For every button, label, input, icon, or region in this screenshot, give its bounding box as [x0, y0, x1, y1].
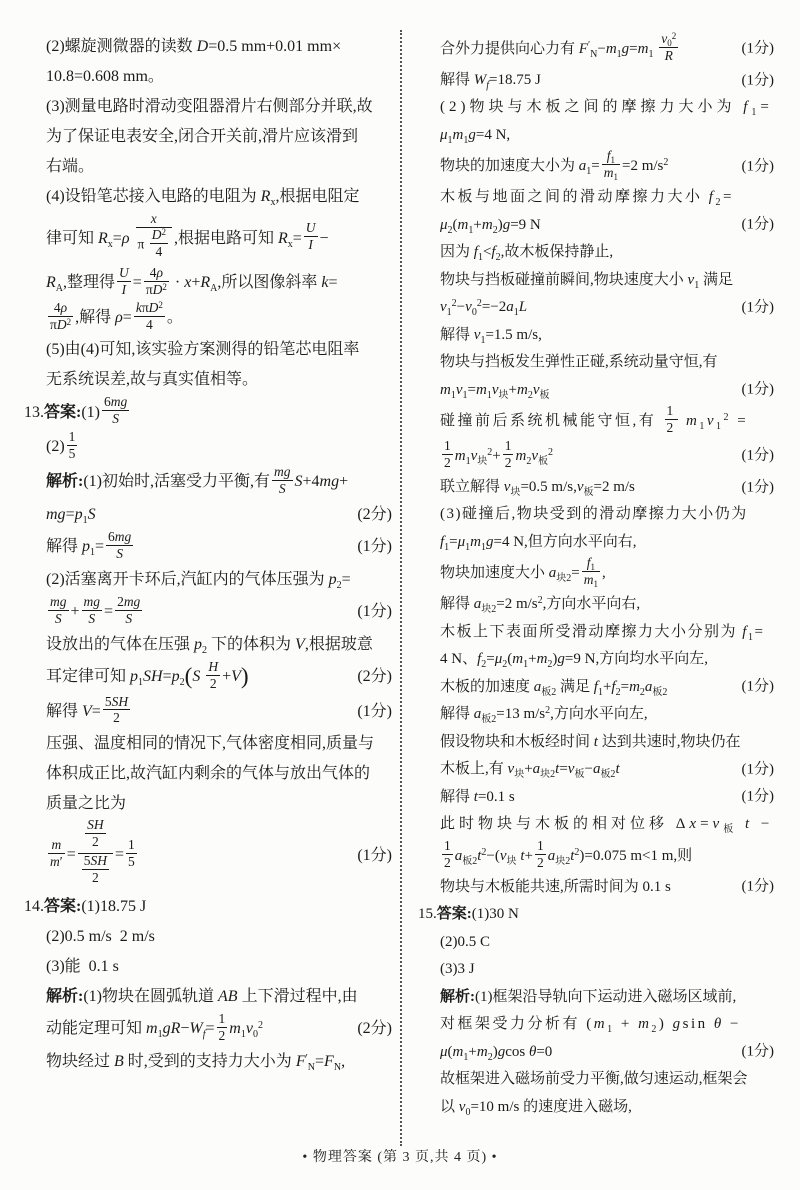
line-content: 10.8=0.608 mm。	[46, 68, 164, 85]
line-content: 解得 V=5SH2	[46, 703, 132, 720]
text-line: 物块与木板能共速,所需时间为 0.1 s(1分)	[440, 874, 774, 902]
score-label: (1分)	[742, 474, 775, 502]
text-line: 对框架受力分析有 (m1 + m2) gsin θ −	[440, 1011, 774, 1039]
line-content: 14.答案:(1)18.75 J	[24, 898, 146, 915]
text-line: 假设物块和木板经时间 t 达到共速时,物块仍在	[440, 729, 774, 757]
text-line: 解得 t=0.1 s(1分)	[440, 784, 774, 812]
line-content: 物块与木板能共速,所需时间为 0.1 s	[440, 879, 671, 895]
text-line: 动能定理可知 m1gR−Wf=12m1v02(2分)	[46, 1012, 392, 1047]
score-label: (1分)	[357, 841, 392, 871]
text-line: mm′=SH25SH2=15(1分)	[46, 819, 392, 892]
line-content: μ2(m1+m2)g=9 N	[440, 217, 541, 233]
line-content: μ(m1+m2)gcos θ=0	[440, 1044, 552, 1060]
text-line: 右端。	[46, 152, 392, 182]
text-line: 木板的加速度 a板2 满足 f1+f2=m2a板2(1分)	[440, 674, 774, 702]
text-line: RA,整理得UI=4ρπD2 · x+RA,所以图像斜率 k=	[46, 266, 392, 301]
line-content: 因为 f1<f2,故木板保持静止,	[440, 244, 613, 260]
line-content: (3)3 J	[440, 961, 475, 977]
line-content: (2)0.5 C	[440, 934, 490, 950]
text-line: (2)0.5 m/s 2 m/s	[46, 922, 392, 952]
text-line: mgS+mgS=2mgS(1分)	[46, 595, 392, 630]
line-content: 木板与地面之间的滑动摩擦力大小 f2=	[440, 189, 734, 205]
line-content: 律可知 Rx=ρ xπ D24,根据电路可知 Rx=UI−	[46, 230, 329, 247]
text-line: 物块与挡板发生弹性正碰,系统动量守恒,有	[440, 349, 774, 377]
text-line: 解得 Wf=18.75 J(1分)	[440, 67, 774, 95]
text-line: 此时物块与木板的相对位移 Δx=v板 t −	[440, 811, 774, 839]
line-content: 为了保证电表安全,闭合开关前,滑片应该滑到	[46, 128, 358, 145]
text-line: 碰撞前后系统机械能守恒,有 12 m1v12 =	[440, 404, 774, 439]
line-content: 木板的加速度 a板2 满足 f1+f2=m2a板2	[440, 679, 667, 695]
text-line: 联立解得 v块=0.5 m/s,v板=2 m/s(1分)	[440, 474, 774, 502]
line-content: 12a板2t2−(v块 t+12a块2t2)=0.075 m<1 m,则	[440, 848, 692, 864]
page-footer: • 物理答案 (第 3 页,共 4 页) •	[0, 1146, 800, 1166]
score-label: (1分)	[742, 212, 775, 240]
text-line: mg=p1S(2分)	[46, 500, 392, 530]
text-line: μ2(m1+m2)g=9 N(1分)	[440, 212, 774, 240]
line-content: 以 v0=10 m/s 的速度进入磁场,	[440, 1099, 632, 1115]
line-content: 故框架进入磁场前受力平衡,做匀速运动,框架会	[440, 1071, 748, 1087]
text-line: 律可知 Rx=ρ xπ D24,根据电路可知 Rx=UI−	[46, 212, 392, 266]
text-line: 木板上下表面所受滑动摩擦力大小分别为 f1=	[440, 619, 774, 647]
text-line: 物块经过 B 时,受到的支持力大小为 F′N=FN,	[46, 1047, 392, 1077]
text-line: 体积成正比,故汽缸内剩余的气体与放出气体的	[46, 759, 392, 789]
text-line: 解析:(1)物块在圆弧轨道 AB 上下滑过程中,由	[46, 982, 392, 1012]
line-content: (2)物块与木板之间的摩擦力大小为 f1=	[440, 99, 773, 115]
line-content: 物块经过 B 时,受到的支持力大小为 F′N=FN,	[46, 1053, 345, 1070]
text-line: 为了保证电表安全,闭合开关前,滑片应该滑到	[46, 122, 392, 152]
line-content: (5)由(4)可知,该实验方案测得的铅笔芯电阻率	[46, 341, 359, 358]
footer-text: • 物理答案 (第 3 页,共 4 页) •	[302, 1150, 497, 1165]
text-line: 以 v0=10 m/s 的速度进入磁场,	[440, 1094, 774, 1122]
text-line: 故框架进入磁场前受力平衡,做匀速运动,框架会	[440, 1066, 774, 1094]
line-content: 物块的加速度大小为 a1=f1m1=2 m/s2	[440, 158, 668, 174]
line-content: 压强、温度相同的情况下,气体密度相同,质量与	[46, 735, 374, 752]
line-content: (2)活塞离开卡环后,汽缸内的气体压强为 p2=	[46, 571, 351, 588]
score-label: (1分)	[742, 443, 775, 471]
score-label: (1分)	[742, 674, 775, 702]
text-line: μ1m1g=4 N,	[440, 122, 774, 150]
text-line: 物块加速度大小 a块2=f1m1,	[440, 556, 774, 591]
text-line: v12−v02=−2a1L(1分)	[440, 294, 774, 322]
text-line: 木板与地面之间的滑动摩擦力大小 f2=	[440, 184, 774, 212]
text-line: 解得 p1=6mgS(1分)	[46, 530, 392, 565]
text-line: 物块的加速度大小为 a1=f1m1=2 m/s2(1分)	[440, 149, 774, 184]
line-content: 解析:(1)框架沿导轨向下运动进入磁场区域前,	[440, 989, 736, 1005]
line-content: 质量之比为	[46, 795, 126, 812]
text-line: 解得 V=5SH2(1分)	[46, 695, 392, 730]
line-content: 解得 Wf=18.75 J	[440, 72, 541, 88]
text-line: (2)活塞离开卡环后,汽缸内的气体压强为 p2=	[46, 565, 392, 595]
line-content: (3)测量电路时滑动变阻器滑片右侧部分并联,故	[46, 98, 373, 115]
line-content: 解得 p1=6mgS	[46, 538, 135, 555]
line-content: 木板上下表面所受滑动摩擦力大小分别为 f1=	[440, 624, 764, 640]
text-line: μ(m1+m2)gcos θ=0(1分)	[440, 1039, 774, 1067]
line-content: 右端。	[46, 158, 94, 175]
text-line: 因为 f1<f2,故木板保持静止,	[440, 239, 774, 267]
text-line: 4ρπD2,解得 ρ=kπD24。	[46, 301, 392, 336]
score-label: (1分)	[357, 597, 392, 627]
text-line: 压强、温度相同的情况下,气体密度相同,质量与	[46, 729, 392, 759]
line-content: 物块与挡板发生弹性正碰,系统动量守恒,有	[440, 354, 718, 370]
text-line: 解析:(1)初始时,活塞受力平衡,有mgSS+4mg+	[46, 465, 392, 500]
line-content: 物块加速度大小 a块2=f1m1,	[440, 565, 606, 581]
text-line: (2)螺旋测微器的读数 D=0.5 mm+0.01 mm×	[46, 32, 392, 62]
score-label: (1分)	[742, 377, 775, 405]
line-content: 解得 a块2=2 m/s2,方向水平向右,	[440, 596, 640, 612]
score-label: (1分)	[742, 36, 775, 64]
line-content: 解析:(1)初始时,活塞受力平衡,有mgSS+4mg+	[46, 473, 348, 490]
line-content: 假设物块和木板经时间 t 达到共速时,物块仍在	[440, 734, 740, 750]
line-content: 解析:(1)物块在圆弧轨道 AB 上下滑过程中,由	[46, 988, 358, 1005]
line-content: μ1m1g=4 N,	[440, 127, 510, 143]
score-label: (2分)	[357, 662, 392, 692]
line-content: 联立解得 v块=0.5 m/s,v板=2 m/s	[440, 479, 635, 495]
text-line: 耳定律可知 p1SH=p2(S H2+V)(2分)	[46, 660, 392, 695]
text-line: (3)碰撞后,物块受到的滑动摩擦力大小仍为	[440, 501, 774, 529]
score-label: (2分)	[357, 1014, 392, 1044]
line-content: (3)能 0.1 s	[46, 958, 119, 975]
score-label: (1分)	[742, 756, 775, 784]
line-content: mg=p1S	[46, 506, 96, 523]
right-column: 合外力提供向心力有 F′N−m1g=m1 v02R(1分)解得 Wf=18.75…	[440, 32, 774, 1121]
text-line: 木板上,有 v块+a块2t=v板−a板2t(1分)	[440, 756, 774, 784]
text-line: (5)由(4)可知,该实验方案测得的铅笔芯电阻率	[46, 335, 392, 365]
text-line: 质量之比为	[46, 789, 392, 819]
line-content: 木板上,有 v块+a块2t=v板−a板2t	[440, 761, 620, 777]
answer-item-start-line: 15.答案:(1)30 N	[418, 901, 774, 929]
answer-item-start-line: 13.答案:(1)6mgS	[24, 395, 392, 430]
text-line: (2)15	[46, 430, 392, 465]
line-content: 动能定理可知 m1gR−Wf=12m1v02	[46, 1020, 263, 1037]
line-content: 解得 t=0.1 s	[440, 789, 515, 805]
line-content: m1v1=m1v块+m2v板	[440, 382, 549, 398]
line-content: 合外力提供向心力有 F′N−m1g=m1 v02R	[440, 41, 680, 57]
line-content: 4ρπD2,解得 ρ=kπD24。	[46, 309, 183, 326]
line-content: v12−v02=−2a1L	[440, 299, 527, 315]
line-content: 无系统误差,故与真实值相等。	[46, 371, 258, 388]
line-content: 15.答案:(1)30 N	[418, 906, 519, 922]
text-line: 12a板2t2−(v块 t+12a块2t2)=0.075 m<1 m,则	[440, 839, 774, 874]
text-line: 解析:(1)框架沿导轨向下运动进入磁场区域前,	[440, 984, 774, 1012]
line-content: f1=μ1m1g=4 N,但方向水平向右,	[440, 534, 637, 550]
text-line: (3)3 J	[440, 956, 774, 984]
text-line: 12m1v块2+12m2v板2(1分)	[440, 439, 774, 474]
line-content: 13.答案:(1)6mgS	[24, 404, 131, 421]
line-content: (2)15	[46, 438, 79, 455]
score-label: (1分)	[742, 1039, 775, 1067]
score-label: (1分)	[742, 153, 775, 181]
text-line: (3)能 0.1 s	[46, 952, 392, 982]
line-content: (2)螺旋测微器的读数 D=0.5 mm+0.01 mm×	[46, 38, 341, 55]
text-line: (2)0.5 C	[440, 929, 774, 957]
text-line: (2)物块与木板之间的摩擦力大小为 f1=	[440, 94, 774, 122]
text-line: 解得 a板2=13 m/s2,方向水平向左,	[440, 701, 774, 729]
line-content: mgS+mgS=2mgS	[46, 603, 144, 620]
text-line: (4)设铅笔芯接入电路的电阻为 Rx,根据电阻定	[46, 182, 392, 212]
line-content: 设放出的气体在压强 p2 下的体积为 V,根据玻意	[46, 636, 373, 653]
text-line: 4 N、f2=μ2(m1+m2)g=9 N,方向均水平向左,	[440, 646, 774, 674]
line-content: 耳定律可知 p1SH=p2(S H2+V)	[46, 668, 249, 685]
line-content: RA,整理得UI=4ρπD2 · x+RA,所以图像斜率 k=	[46, 274, 338, 291]
line-content: 此时物块与木板的相对位移 Δx=v板 t −	[440, 816, 773, 832]
column-divider	[400, 30, 402, 1146]
text-line: 解得 v1=1.5 m/s,	[440, 322, 774, 350]
text-line: 合外力提供向心力有 F′N−m1g=m1 v02R(1分)	[440, 32, 774, 67]
line-content: (3)碰撞后,物块受到的滑动摩擦力大小仍为	[440, 506, 748, 522]
line-content: mm′=SH25SH2=15	[46, 846, 139, 863]
line-content: 体积成正比,故汽缸内剩余的气体与放出气体的	[46, 765, 370, 782]
text-line: f1=μ1m1g=4 N,但方向水平向右,	[440, 529, 774, 557]
score-label: (1分)	[357, 532, 392, 562]
score-label: (1分)	[742, 784, 775, 812]
text-line: 10.8=0.608 mm。	[46, 62, 392, 92]
text-line: m1v1=m1v块+m2v板(1分)	[440, 377, 774, 405]
line-content: 对框架受力分析有 (m1 + m2) gsin θ −	[440, 1016, 741, 1032]
text-line: 解得 a块2=2 m/s2,方向水平向右,	[440, 591, 774, 619]
text-line: 无系统误差,故与真实值相等。	[46, 365, 392, 395]
score-label: (1分)	[742, 874, 775, 902]
score-label: (1分)	[742, 67, 775, 95]
line-content: 解得 v1=1.5 m/s,	[440, 327, 542, 343]
score-label: (2分)	[357, 500, 392, 530]
score-label: (1分)	[742, 294, 775, 322]
answer-item-start-line: 14.答案:(1)18.75 J	[24, 892, 392, 922]
line-content: (2)0.5 m/s 2 m/s	[46, 928, 155, 945]
text-line: (3)测量电路时滑动变阻器滑片右侧部分并联,故	[46, 92, 392, 122]
line-content: 4 N、f2=μ2(m1+m2)g=9 N,方向均水平向左,	[440, 651, 708, 667]
left-column: (2)螺旋测微器的读数 D=0.5 mm+0.01 mm×10.8=0.608 …	[46, 32, 392, 1077]
line-content: 解得 a板2=13 m/s2,方向水平向左,	[440, 706, 648, 722]
line-content: 碰撞前后系统机械能守恒,有 12 m1v12 =	[440, 413, 748, 429]
line-content: 物块与挡板碰撞前瞬间,物块速度大小 v1 满足	[440, 272, 733, 288]
text-line: 物块与挡板碰撞前瞬间,物块速度大小 v1 满足	[440, 267, 774, 295]
text-line: 设放出的气体在压强 p2 下的体积为 V,根据玻意	[46, 630, 392, 660]
score-label: (1分)	[357, 697, 392, 727]
physics-answer-sheet-page: (2)螺旋测微器的读数 D=0.5 mm+0.01 mm×10.8=0.608 …	[0, 0, 800, 1190]
line-content: (4)设铅笔芯接入电路的电阻为 Rx,根据电阻定	[46, 188, 359, 205]
line-content: 12m1v块2+12m2v板2	[440, 448, 553, 464]
